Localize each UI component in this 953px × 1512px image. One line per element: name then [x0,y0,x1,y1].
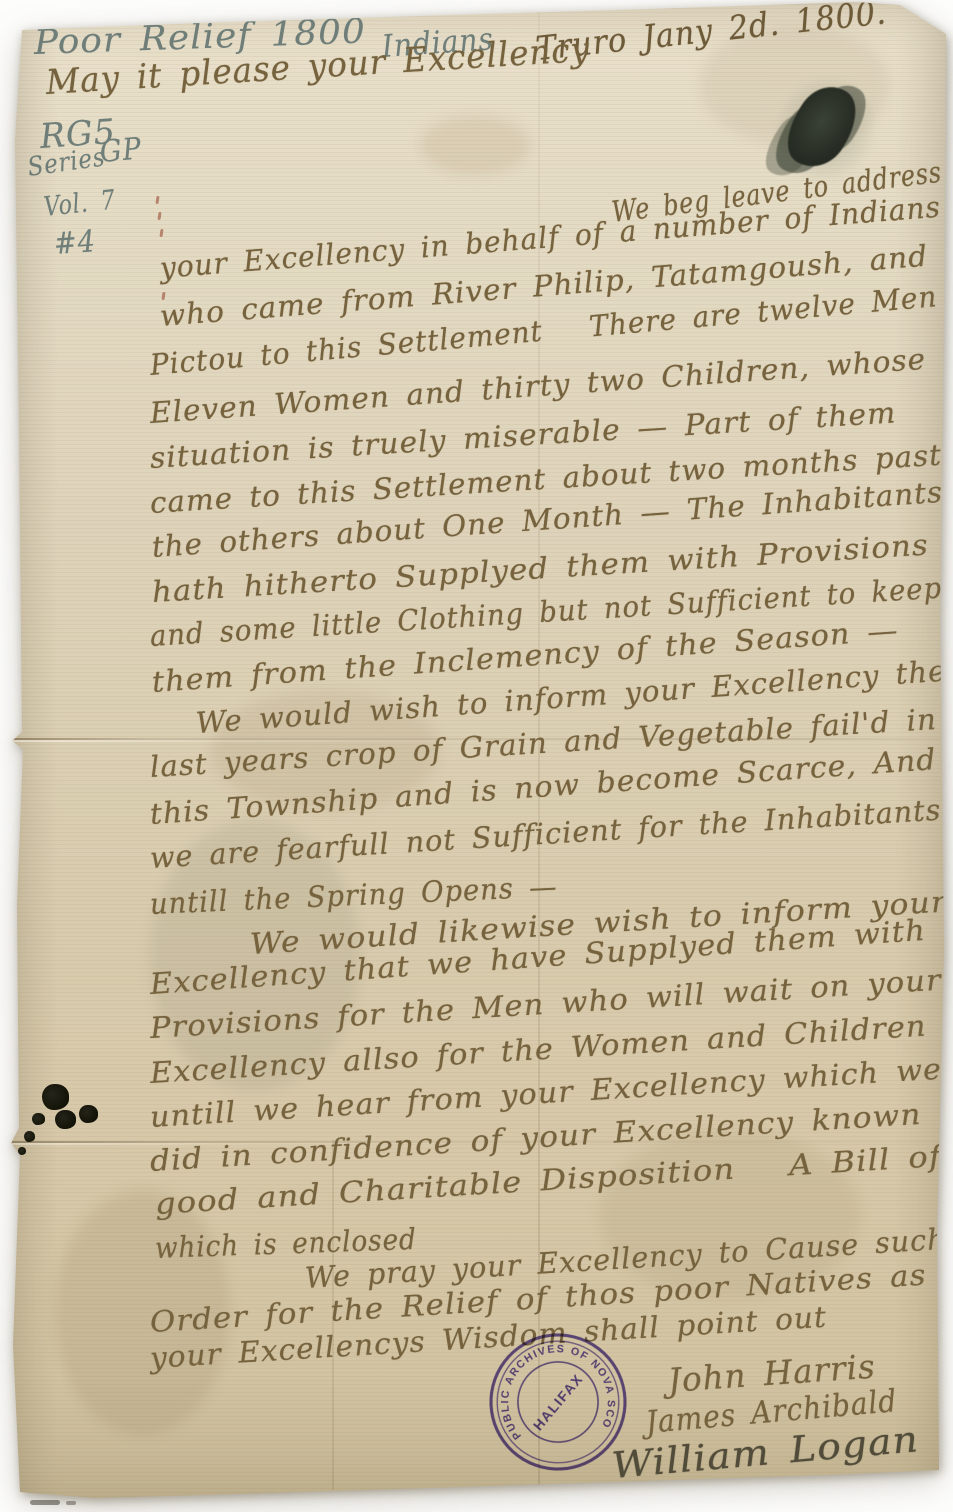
archival-ref: Series [26,143,107,183]
ink-spot [18,1147,26,1155]
stamp-center-text: HALIFAX [530,1370,586,1433]
ink-spot [42,1084,69,1110]
paper-fleck [159,229,163,237]
paper-fleck [157,212,161,220]
paper-shadow: Poor Relief 1800IndiansTruro Jany 2d. 18… [0,0,953,1512]
paper-fleck [155,196,159,204]
archival-ref: GP [98,132,143,170]
document-scan: Poor Relief 1800IndiansTruro Jany 2d. 18… [0,0,953,1512]
ink-blot [774,75,870,179]
letter-paper: Poor Relief 1800IndiansTruro Jany 2d. 18… [0,0,953,1512]
ink-spot [32,1113,45,1125]
ink-spot [55,1110,76,1129]
ink-spot [79,1105,98,1123]
archival-ref: Vol. 7 [42,185,117,223]
ink-spot [24,1131,35,1142]
archive-stamp-icon: PUBLIC ARCHIVES OF NOVA SCOTIA HALIFAX [472,1316,644,1488]
archival-ref: #4 [53,225,97,262]
paper-stain [420,115,530,175]
